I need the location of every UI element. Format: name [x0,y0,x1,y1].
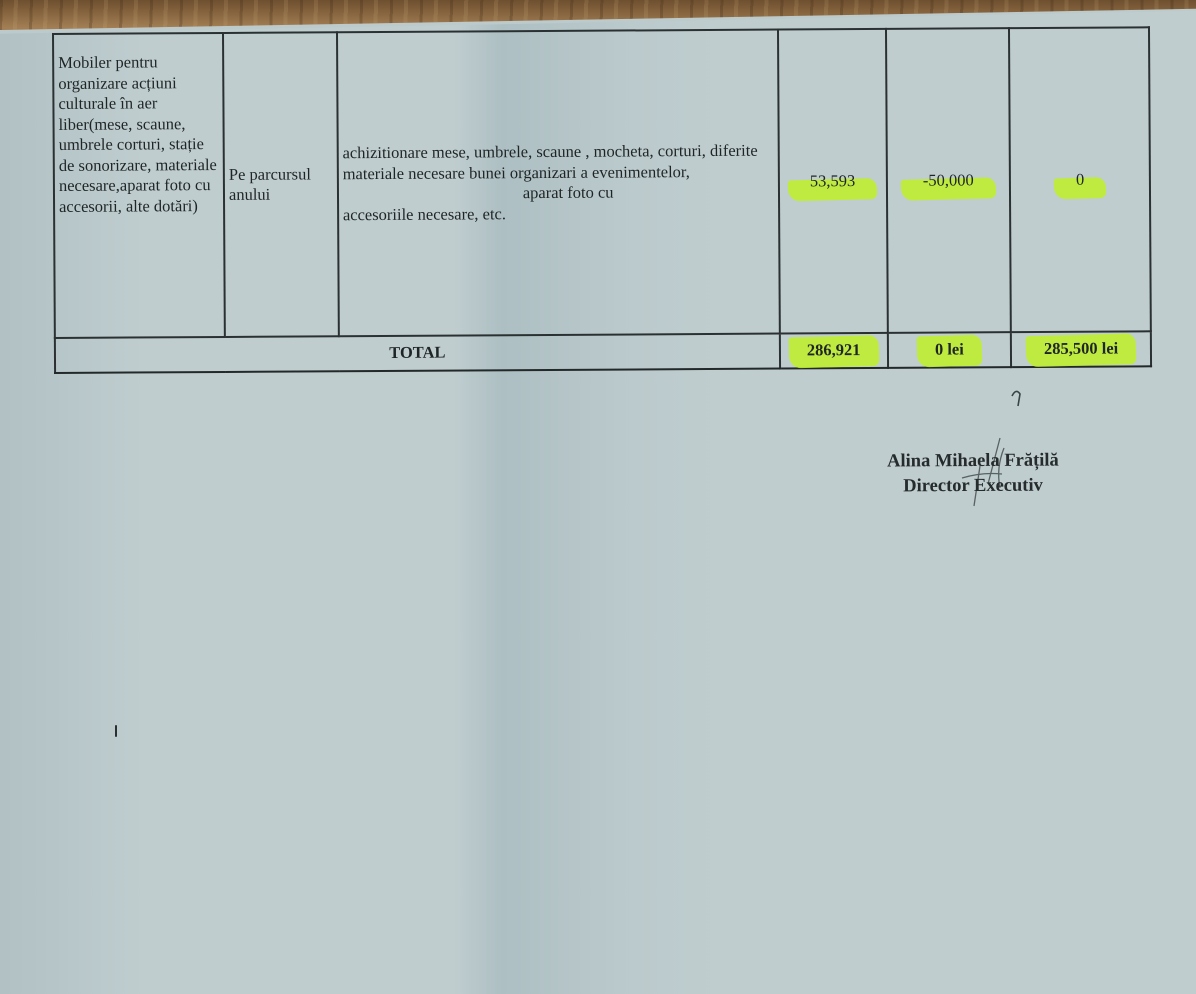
total-value-1-cell: 286,921 [780,333,888,369]
total-value-3-cell: 285,500 lei [1011,331,1151,367]
stray-pen-mark [115,725,117,737]
budget-table: Mobiler pentru organizare acțiuni cultur… [52,26,1152,374]
total-value-1: 286,921 [807,340,861,361]
total-label-cell: TOTAL [55,334,780,373]
total-value-3: 285,500 lei [1044,339,1118,360]
total-value-2: 0 lei [935,340,964,361]
total-row: TOTAL 286,921 0 lei 285,500 lei [55,331,1151,373]
value-3-highlighted: 0 [1076,169,1084,190]
item-text: Mobiler pentru organizare acțiuni cultur… [58,52,219,217]
description-cell: achizitionare mese, umbrele, scaune , mo… [337,30,780,337]
value-2-highlighted: -50,000 [923,170,974,191]
table-row: Mobiler pentru organizare acțiuni cultur… [53,27,1151,338]
signatory-title: Director Executiv [868,473,1078,499]
signature-block: Alina Mihaela Frățilă Director Executiv [868,448,1078,499]
item-cell: Mobiler pentru organizare acțiuni cultur… [53,33,225,338]
value-3-cell: 0 [1009,27,1151,332]
total-label: TOTAL [389,343,445,362]
description-spacing [343,198,523,199]
value-1-highlighted: 53,593 [810,171,855,192]
signatory-name: Alina Mihaela Frățilă [868,448,1078,474]
period-cell: Pe parcursul anului [223,32,339,337]
description-text-2b: accesoriile necesare, etc. [343,202,774,225]
description-text-1: achizitionare mese, umbrele, scaune , mo… [342,141,757,183]
period-text: Pe parcursul anului [229,164,311,204]
description-text-2a: aparat foto cu [523,183,614,203]
total-value-2-cell: 0 lei [887,332,1011,368]
value-1-cell: 53,593 [778,29,888,334]
value-2-cell: -50,000 [886,28,1012,333]
